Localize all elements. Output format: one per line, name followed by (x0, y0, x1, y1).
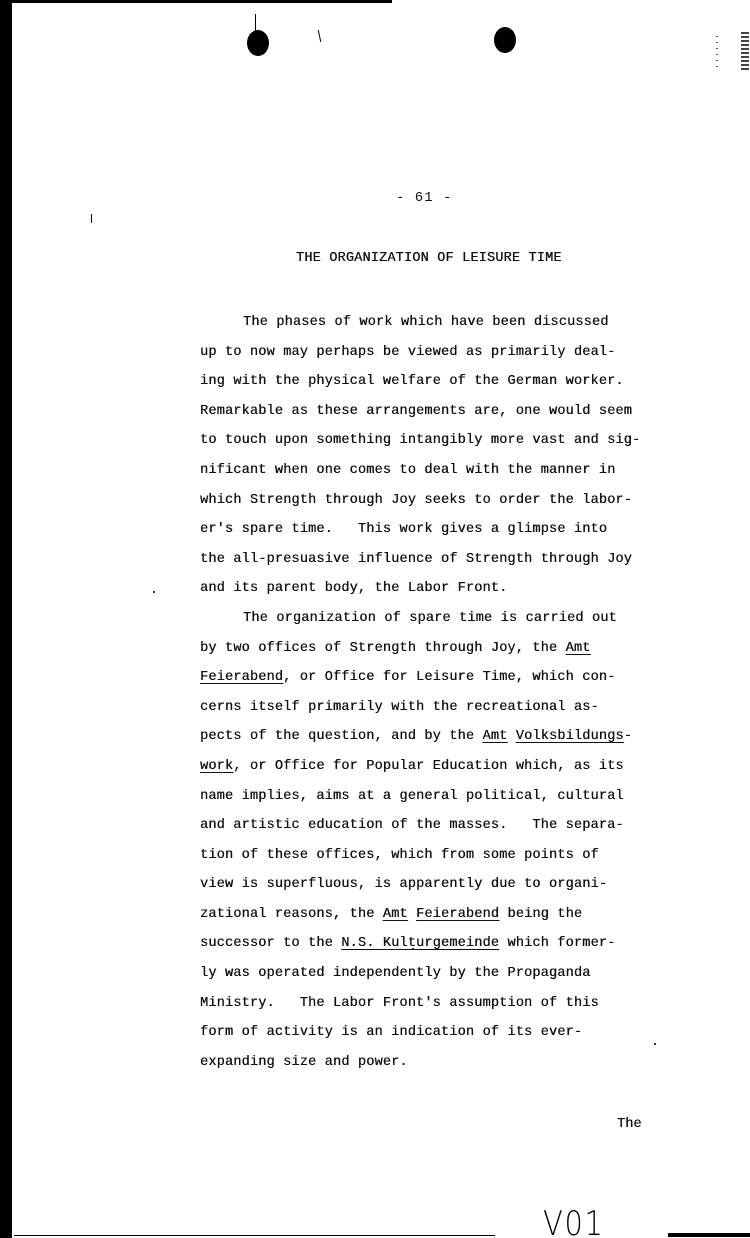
underlined-term: N.S. Kulturgemeinde (341, 936, 499, 951)
text-line: and its parent body, the Labor Front. (200, 574, 680, 604)
underlined-term: Feierabend (416, 907, 499, 922)
text-segment: , or Office for Leisure Time, which con- (283, 670, 615, 685)
handwritten-mark: V01 (543, 1204, 605, 1238)
text-line: The organization of spare time is carrie… (200, 604, 680, 634)
text-line: work, or Office for Popular Education wh… (200, 752, 680, 782)
underlined-term: Amt (482, 729, 507, 744)
underlined-term: Volksbildungs (516, 729, 624, 744)
underlined-term: work (200, 759, 233, 774)
text-line: which Strength through Joy seeks to orde… (200, 486, 680, 516)
text-segment: successor to the (200, 936, 341, 951)
body-text: The phases of work which have been discu… (200, 308, 680, 1077)
text-line: successor to the N.S. Kulturgemeinde whi… (200, 929, 680, 959)
text-line: Ministry. The Labor Front's assumption o… (200, 989, 680, 1019)
text-line: expanding size and power. (200, 1048, 680, 1078)
scan-speck (153, 591, 155, 593)
underlined-term: Feierabend (200, 670, 283, 685)
text-line: by two offices of Strength through Joy, … (200, 634, 680, 664)
text-line: the all-presuasive influence of Strength… (200, 545, 680, 575)
text-line: er's spare time. This work gives a glimp… (200, 515, 680, 545)
text-line: ly was operated independently by the Pro… (200, 959, 680, 989)
scan-bottom-right-bar (668, 1233, 750, 1237)
text-segment: - (624, 729, 632, 744)
text-segment: , or Office for Popular Education which,… (233, 759, 623, 774)
scan-edge-dots (716, 36, 718, 72)
scan-edge-marks (741, 32, 749, 72)
text-segment: being the (499, 907, 582, 922)
text-line: view is superfluous, is apparently due t… (200, 870, 680, 900)
section-title: THE ORGANIZATION OF LEISURE TIME (296, 251, 562, 266)
text-line: up to now may perhaps be viewed as prima… (200, 338, 680, 368)
scan-top-edge (0, 0, 392, 3)
text-line: name implies, aims at a general politica… (200, 782, 680, 812)
text-line: to touch upon something intangibly more … (200, 426, 680, 456)
text-line: Remarkable as these arrangements are, on… (200, 397, 680, 427)
text-line: cerns itself primarily with the recreati… (200, 693, 680, 723)
page-number: - 61 - (396, 190, 452, 206)
text-segment (507, 729, 515, 744)
text-segment: by two offices of Strength through Joy, … (200, 641, 566, 656)
underlined-term: Amt (383, 907, 408, 922)
punch-hole-left (247, 30, 269, 56)
punch-hole-right (494, 27, 516, 53)
text-line: Feierabend, or Office for Leisure Time, … (200, 663, 680, 693)
text-line: and artistic education of the masses. Th… (200, 811, 680, 841)
catchword: The (617, 1117, 641, 1132)
scan-mark (91, 214, 92, 223)
text-segment: which former- (499, 936, 615, 951)
text-segment (408, 907, 416, 922)
text-segment: zational reasons, the (200, 907, 383, 922)
scan-bottom-edge (14, 1235, 495, 1236)
scan-mark (318, 30, 321, 42)
scan-mark (255, 14, 256, 32)
scan-left-border (0, 0, 12, 1238)
text-line: The phases of work which have been discu… (200, 308, 680, 338)
text-line: zational reasons, the Amt Feierabend bei… (200, 900, 680, 930)
text-line: form of activity is an indication of its… (200, 1018, 680, 1048)
text-line: pects of the question, and by the Amt Vo… (200, 722, 680, 752)
text-line: nificant when one comes to deal with the… (200, 456, 680, 486)
text-line: ing with the physical welfare of the Ger… (200, 367, 680, 397)
underlined-term: Amt (566, 641, 591, 656)
text-segment: pects of the question, and by the (200, 729, 482, 744)
document-page: - 61 - THE ORGANIZATION OF LEISURE TIME … (0, 0, 750, 1238)
text-line: tion of these offices, which from some p… (200, 841, 680, 871)
